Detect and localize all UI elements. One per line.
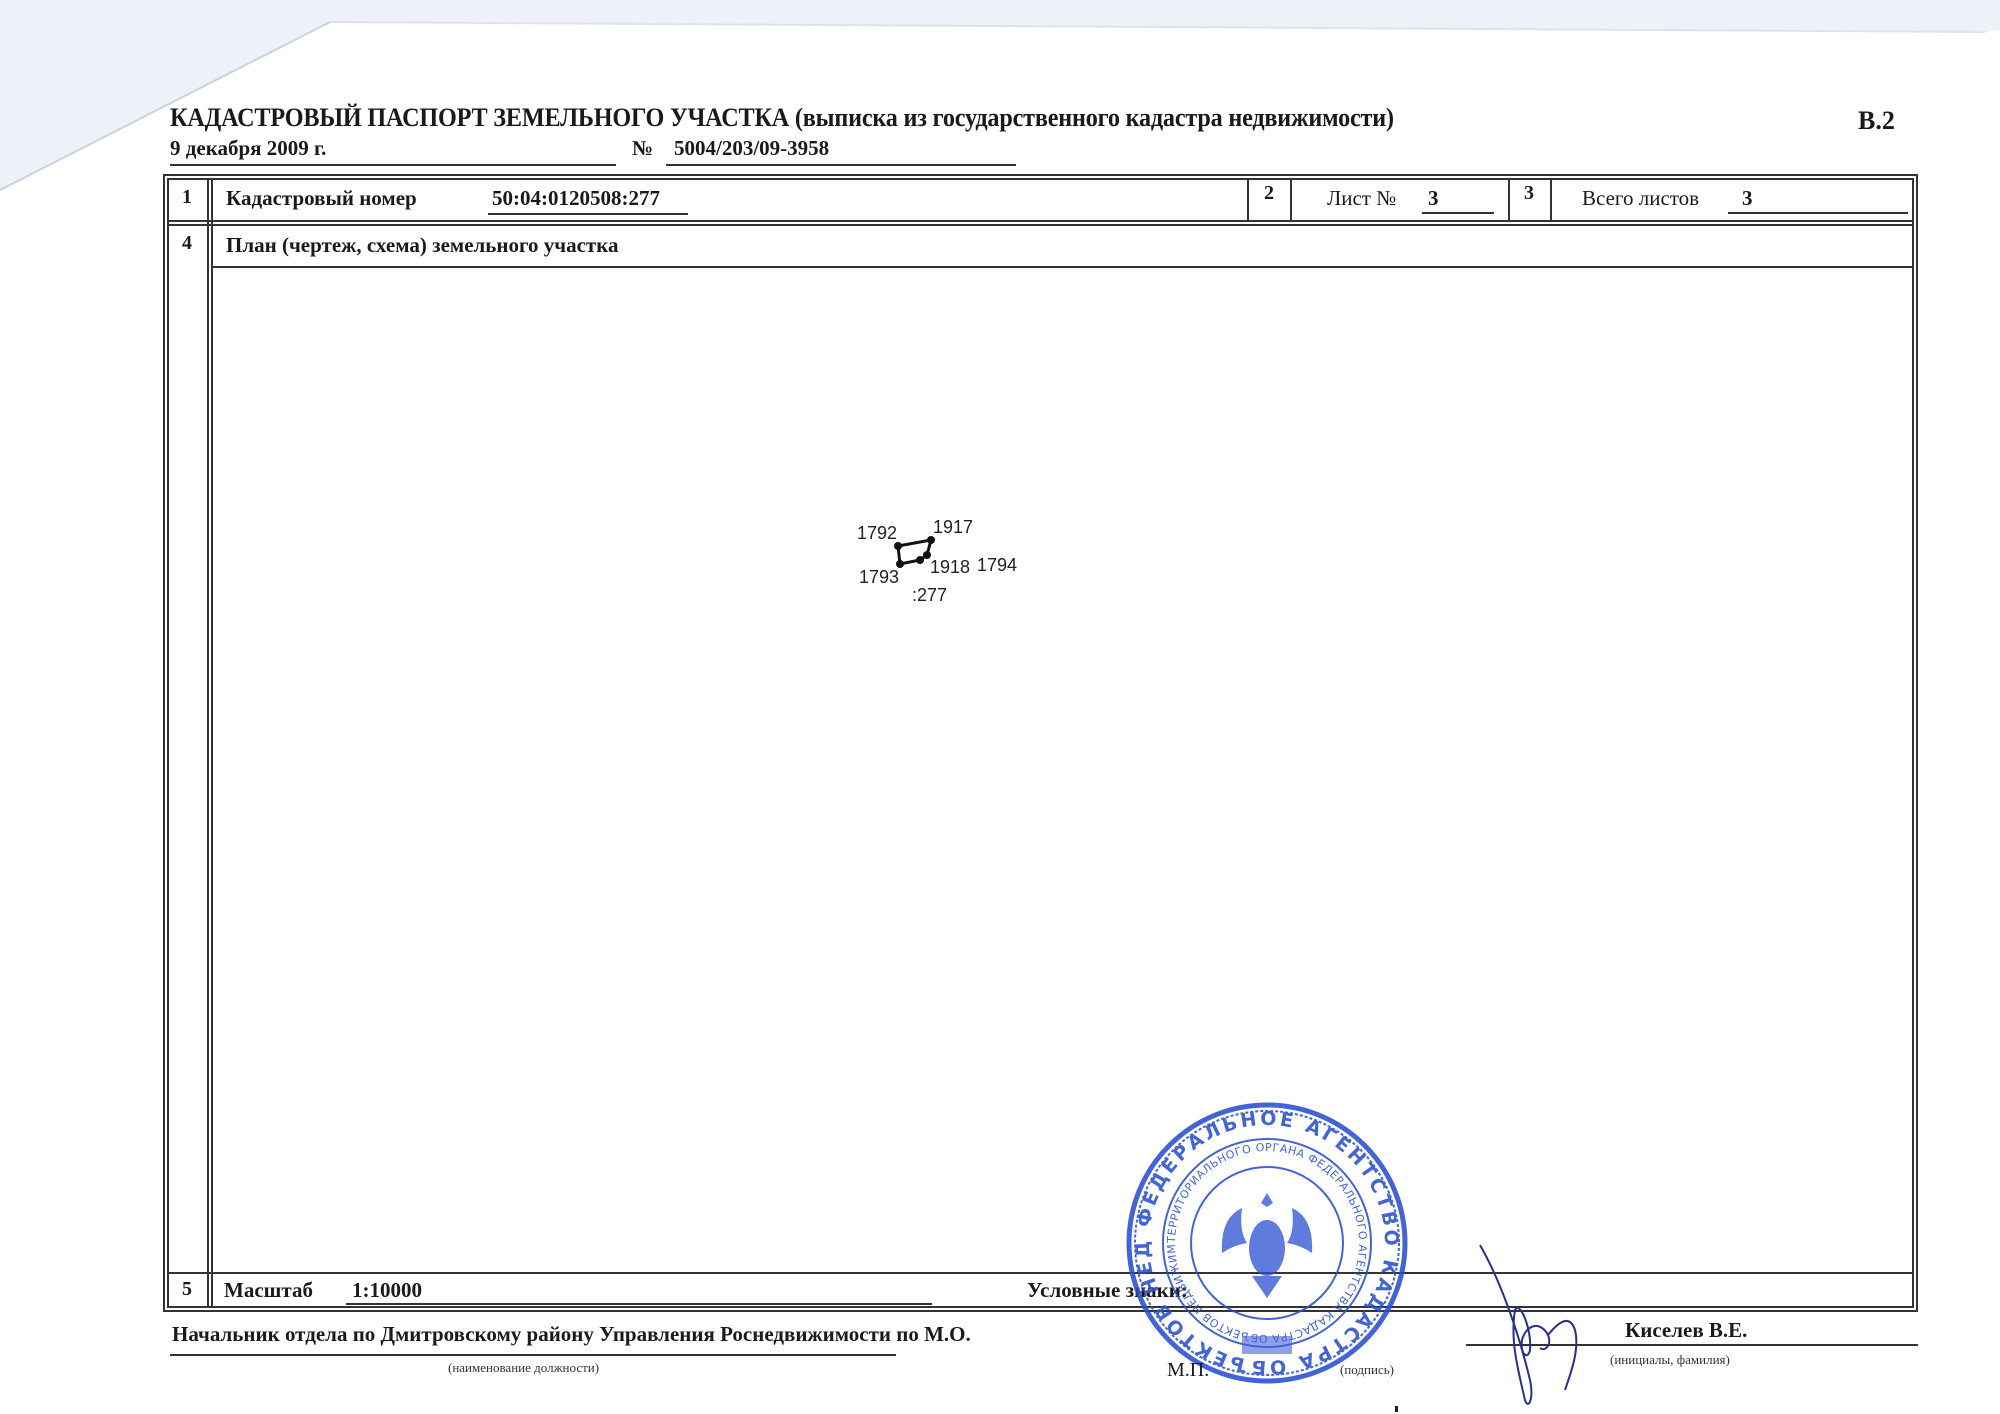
scale-value: 1:10000 — [352, 1278, 422, 1303]
position-caption: (наименование должности) — [448, 1360, 599, 1376]
scale-label: Масштаб — [224, 1278, 313, 1303]
point-label-1794: 1794 — [977, 555, 1017, 576]
point-label-1917: 1917 — [933, 517, 973, 538]
point-label-1793: 1793 — [859, 567, 899, 588]
signer-name: Киселев В.Е. — [1625, 1318, 1747, 1343]
official-seal-stamp: ФЕДЕРАЛЬНОЕ АГЕНТСТВО КАДАСТРА ОБЪЕКТОВ … — [1122, 1098, 1412, 1388]
position-underline — [170, 1354, 896, 1356]
row5-number: 5 — [167, 1278, 207, 1301]
parcel-label: :277 — [912, 585, 947, 606]
handwritten-signature — [1470, 1240, 1610, 1414]
position-title: Начальник отдела по Дмитровскому району … — [172, 1322, 971, 1347]
signer-caption: (инициалы, фамилия) — [1610, 1352, 1730, 1368]
signature-caption: (подпись) — [1340, 1362, 1394, 1378]
scan-mark — [1395, 1406, 1398, 1412]
point-label-1918: 1918 — [930, 557, 970, 578]
scale-underline — [346, 1303, 932, 1305]
point-label-1792: 1792 — [857, 523, 897, 544]
seal-label: М.П. — [1167, 1359, 1209, 1382]
parcel-plan-drawing — [0, 0, 2000, 1414]
